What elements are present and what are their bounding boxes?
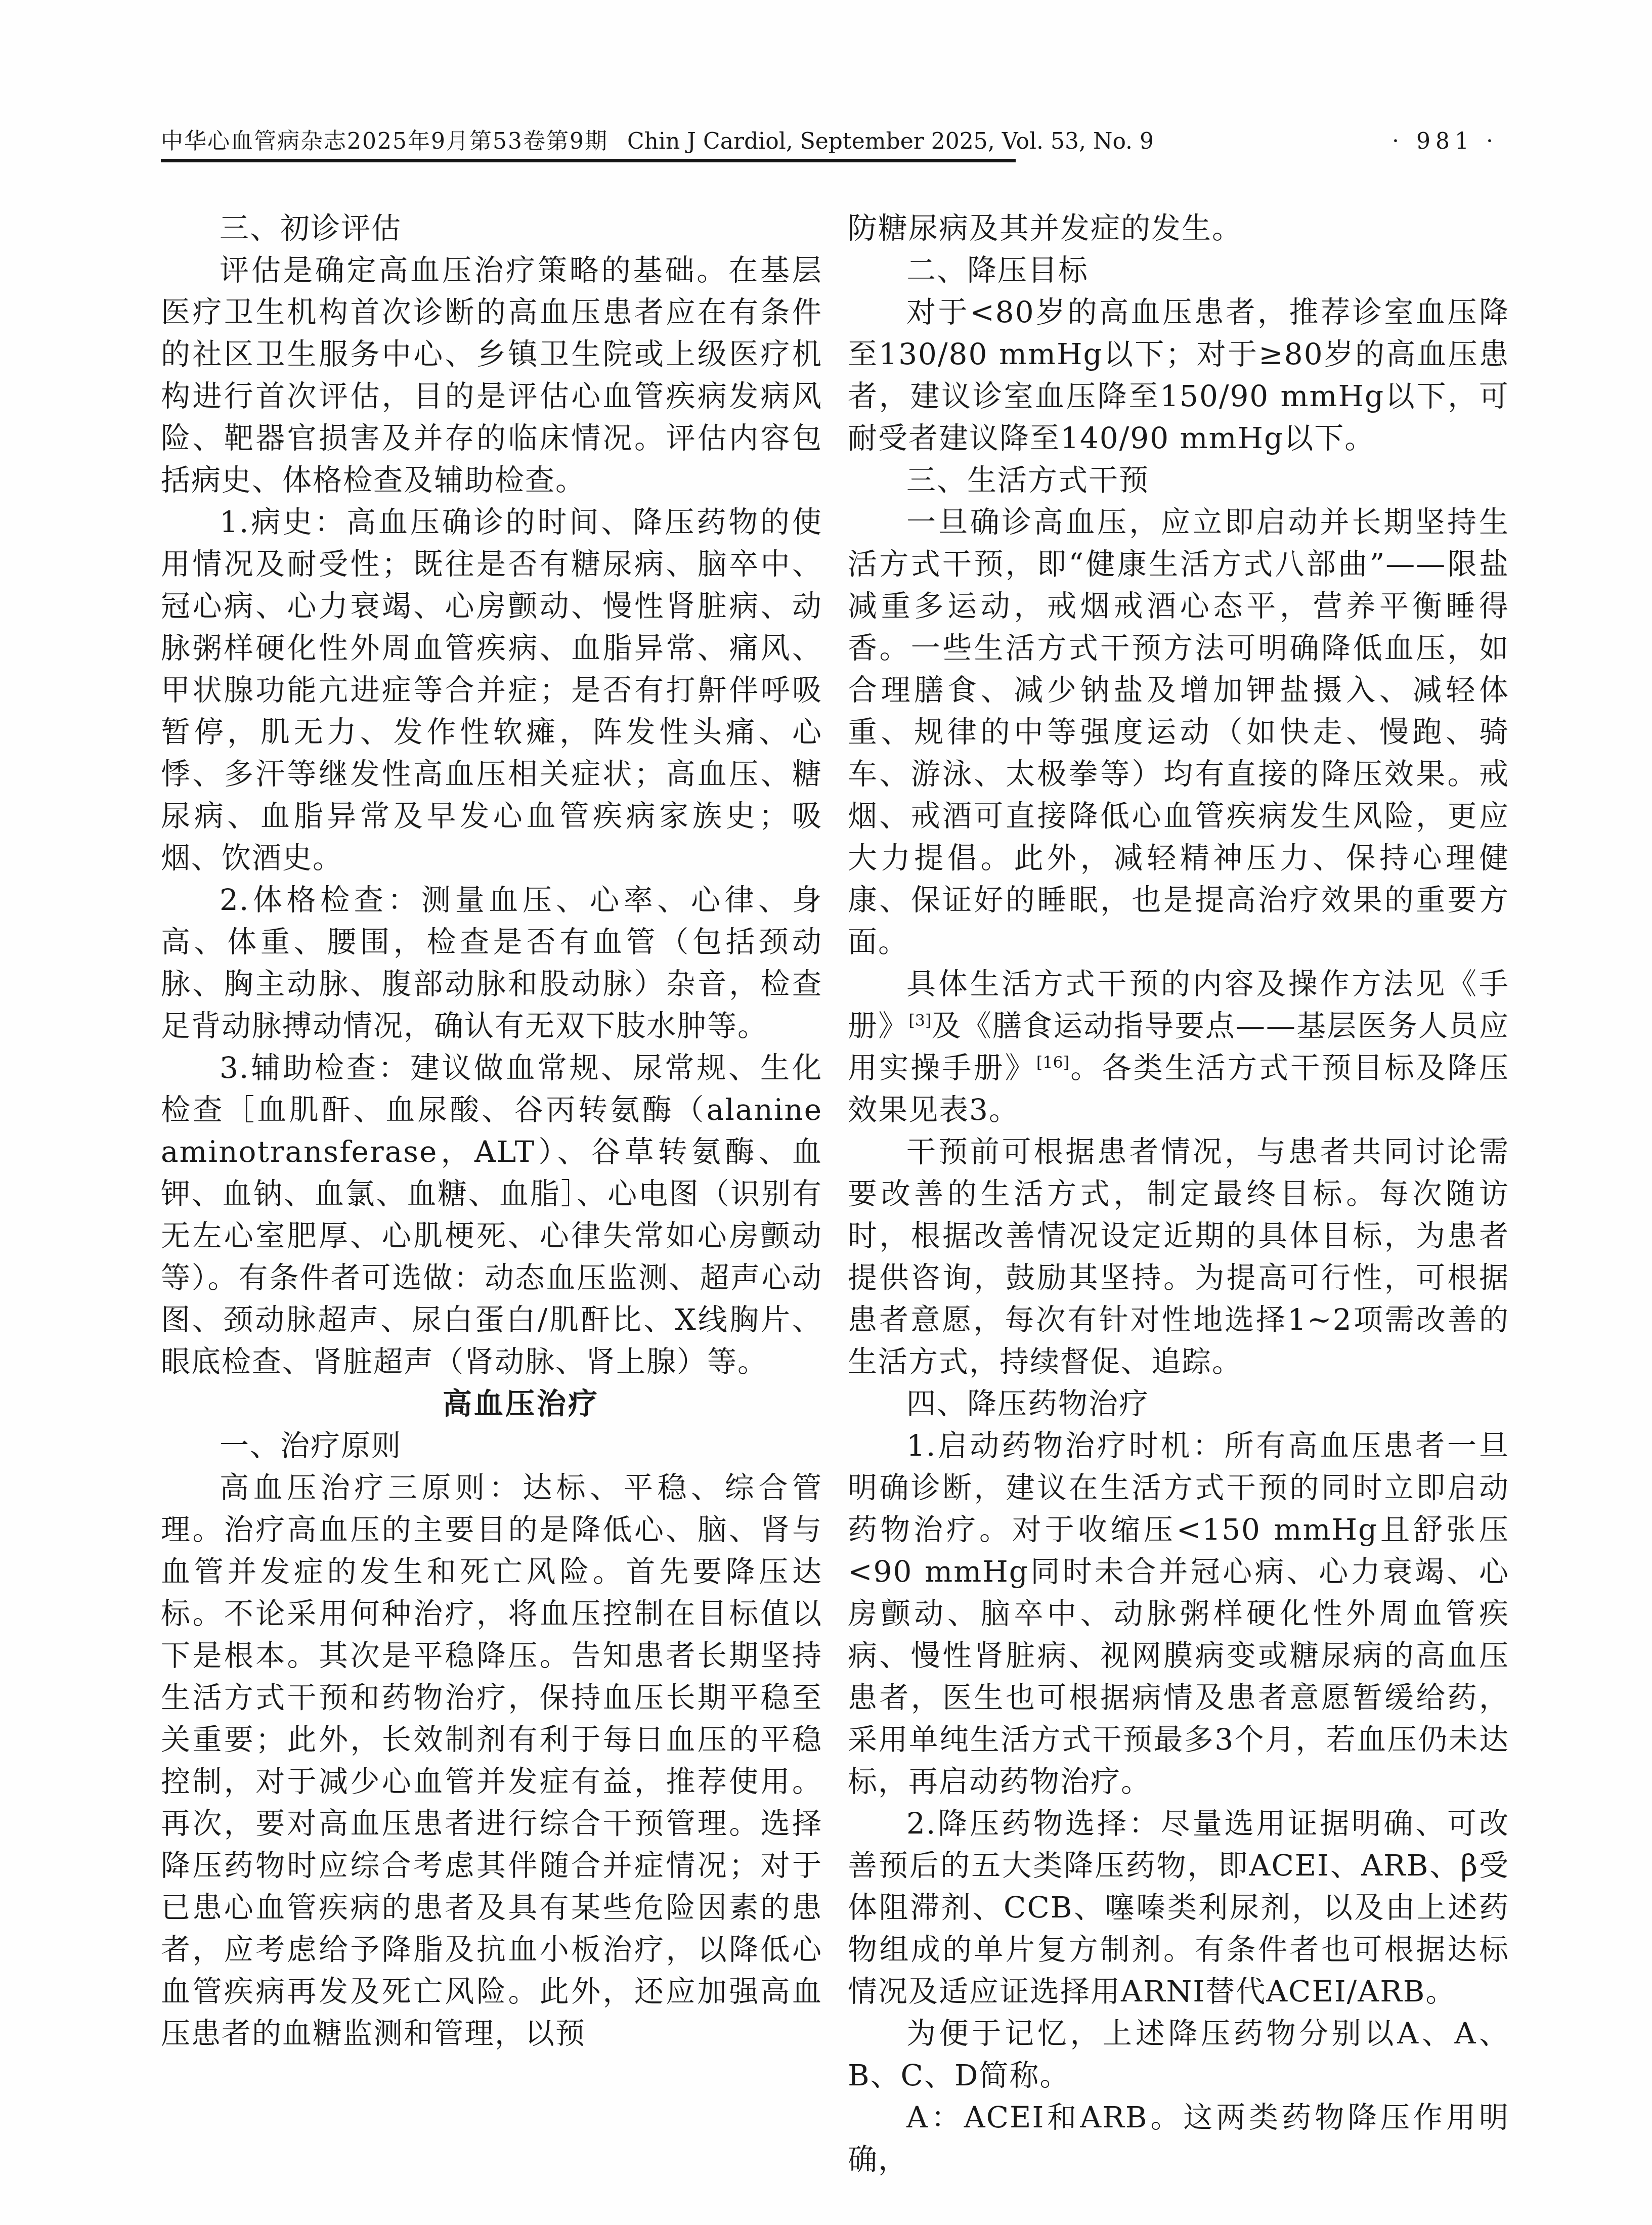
- paragraph-medical-history: 1.病史：高血压确诊的时间、降压药物的使用情况及耐受性；既往是否有糖尿病、脑卒中…: [161, 501, 822, 879]
- paragraph-treatment-principles-continued: 防糖尿病及其并发症的发生。: [848, 207, 1509, 249]
- journal-title-cn: 中华心血管病杂志2025年9月第53卷第9期: [161, 128, 608, 154]
- reference-marker-16: [16]: [1036, 1053, 1069, 1072]
- article-body: 三、初诊评估 评估是确定高血压治疗策略的基础。在基层医疗卫生机构首次诊断的高血压…: [161, 207, 1509, 2180]
- subsection-heading-bp-target: 二、降压目标: [848, 249, 1509, 291]
- page-number: · 981 ·: [1392, 127, 1498, 156]
- header-rule: [161, 159, 1016, 162]
- paragraph-drug-mnemonic: 为便于记忆，上述降压药物分别以A、A、B、C、D简称。: [848, 2013, 1509, 2097]
- paragraph-evaluation-overview: 评估是确定高血压治疗策略的基础。在基层医疗卫生机构首次诊断的高血压患者应在有条件…: [161, 249, 822, 501]
- subsection-heading-lifestyle-intervention: 三、生活方式干预: [848, 459, 1509, 501]
- paragraph-drug-choice: 2.降压药物选择：尽量选用证据明确、可改善预后的五大类降压药物，即ACEI、AR…: [848, 1803, 1509, 2013]
- paragraph-treatment-principles: 高血压治疗三原则：达标、平稳、综合管理。治疗高血压的主要目的是降低心、脑、肾与血…: [161, 1467, 822, 2055]
- left-column: 三、初诊评估 评估是确定高血压治疗策略的基础。在基层医疗卫生机构首次诊断的高血压…: [161, 207, 822, 2180]
- subsection-heading-treatment-principles: 一、治疗原则: [161, 1425, 822, 1467]
- paragraph-lifestyle-intervention: 一旦确诊高血压，应立即启动并长期坚持生活方式干预，即“健康生活方式八部曲”——限…: [848, 501, 1509, 963]
- paragraph-drug-timing: 1.启动药物治疗时机：所有高血压患者一旦明确诊断，建议在生活方式干预的同时立即启…: [848, 1425, 1509, 1803]
- section-title-hypertension-treatment: 高血压治疗: [161, 1383, 822, 1425]
- paragraph-manual-references: 具体生活方式干预的内容及操作方法见《手册》[3]及《膳食运动指导要点——基层医务…: [848, 963, 1509, 1131]
- subsection-heading-initial-evaluation: 三、初诊评估: [161, 207, 822, 249]
- paragraph-acei-arb: A：ACEI和ARB。这两类药物降压作用明确，: [848, 2097, 1509, 2180]
- reference-marker-3: [3]: [908, 1011, 931, 1030]
- journal-page: 中华心血管病杂志2025年9月第53卷第9期Chin J Cardiol, Se…: [0, 0, 1652, 2225]
- paragraph-goal-setting: 干预前可根据患者情况，与患者共同讨论需要改善的生活方式，制定最终目标。每次随访时…: [848, 1131, 1509, 1383]
- journal-title-en: Chin J Cardiol, September 2025, Vol. 53,…: [627, 128, 1154, 154]
- paragraph-bp-target: 对于<80岁的高血压患者，推荐诊室血压降至130/80 mmHg以下；对于≥80…: [848, 291, 1509, 459]
- right-column: 防糖尿病及其并发症的发生。 二、降压目标 对于<80岁的高血压患者，推荐诊室血压…: [848, 207, 1509, 2180]
- paragraph-physical-exam: 2.体格检查：测量血压、心率、心律、身高、体重、腰围，检查是否有血管（包括颈动脉…: [161, 879, 822, 1047]
- subsection-heading-drug-therapy: 四、降压药物治疗: [848, 1383, 1509, 1425]
- running-head-titles: 中华心血管病杂志2025年9月第53卷第9期Chin J Cardiol, Se…: [161, 127, 1154, 156]
- paragraph-auxiliary-exam: 3.辅助检查：建议做血常规、尿常规、生化检查［血肌酐、血尿酸、谷丙转氨酶（ala…: [161, 1047, 822, 1383]
- page-header: 中华心血管病杂志2025年9月第53卷第9期Chin J Cardiol, Se…: [161, 127, 1491, 163]
